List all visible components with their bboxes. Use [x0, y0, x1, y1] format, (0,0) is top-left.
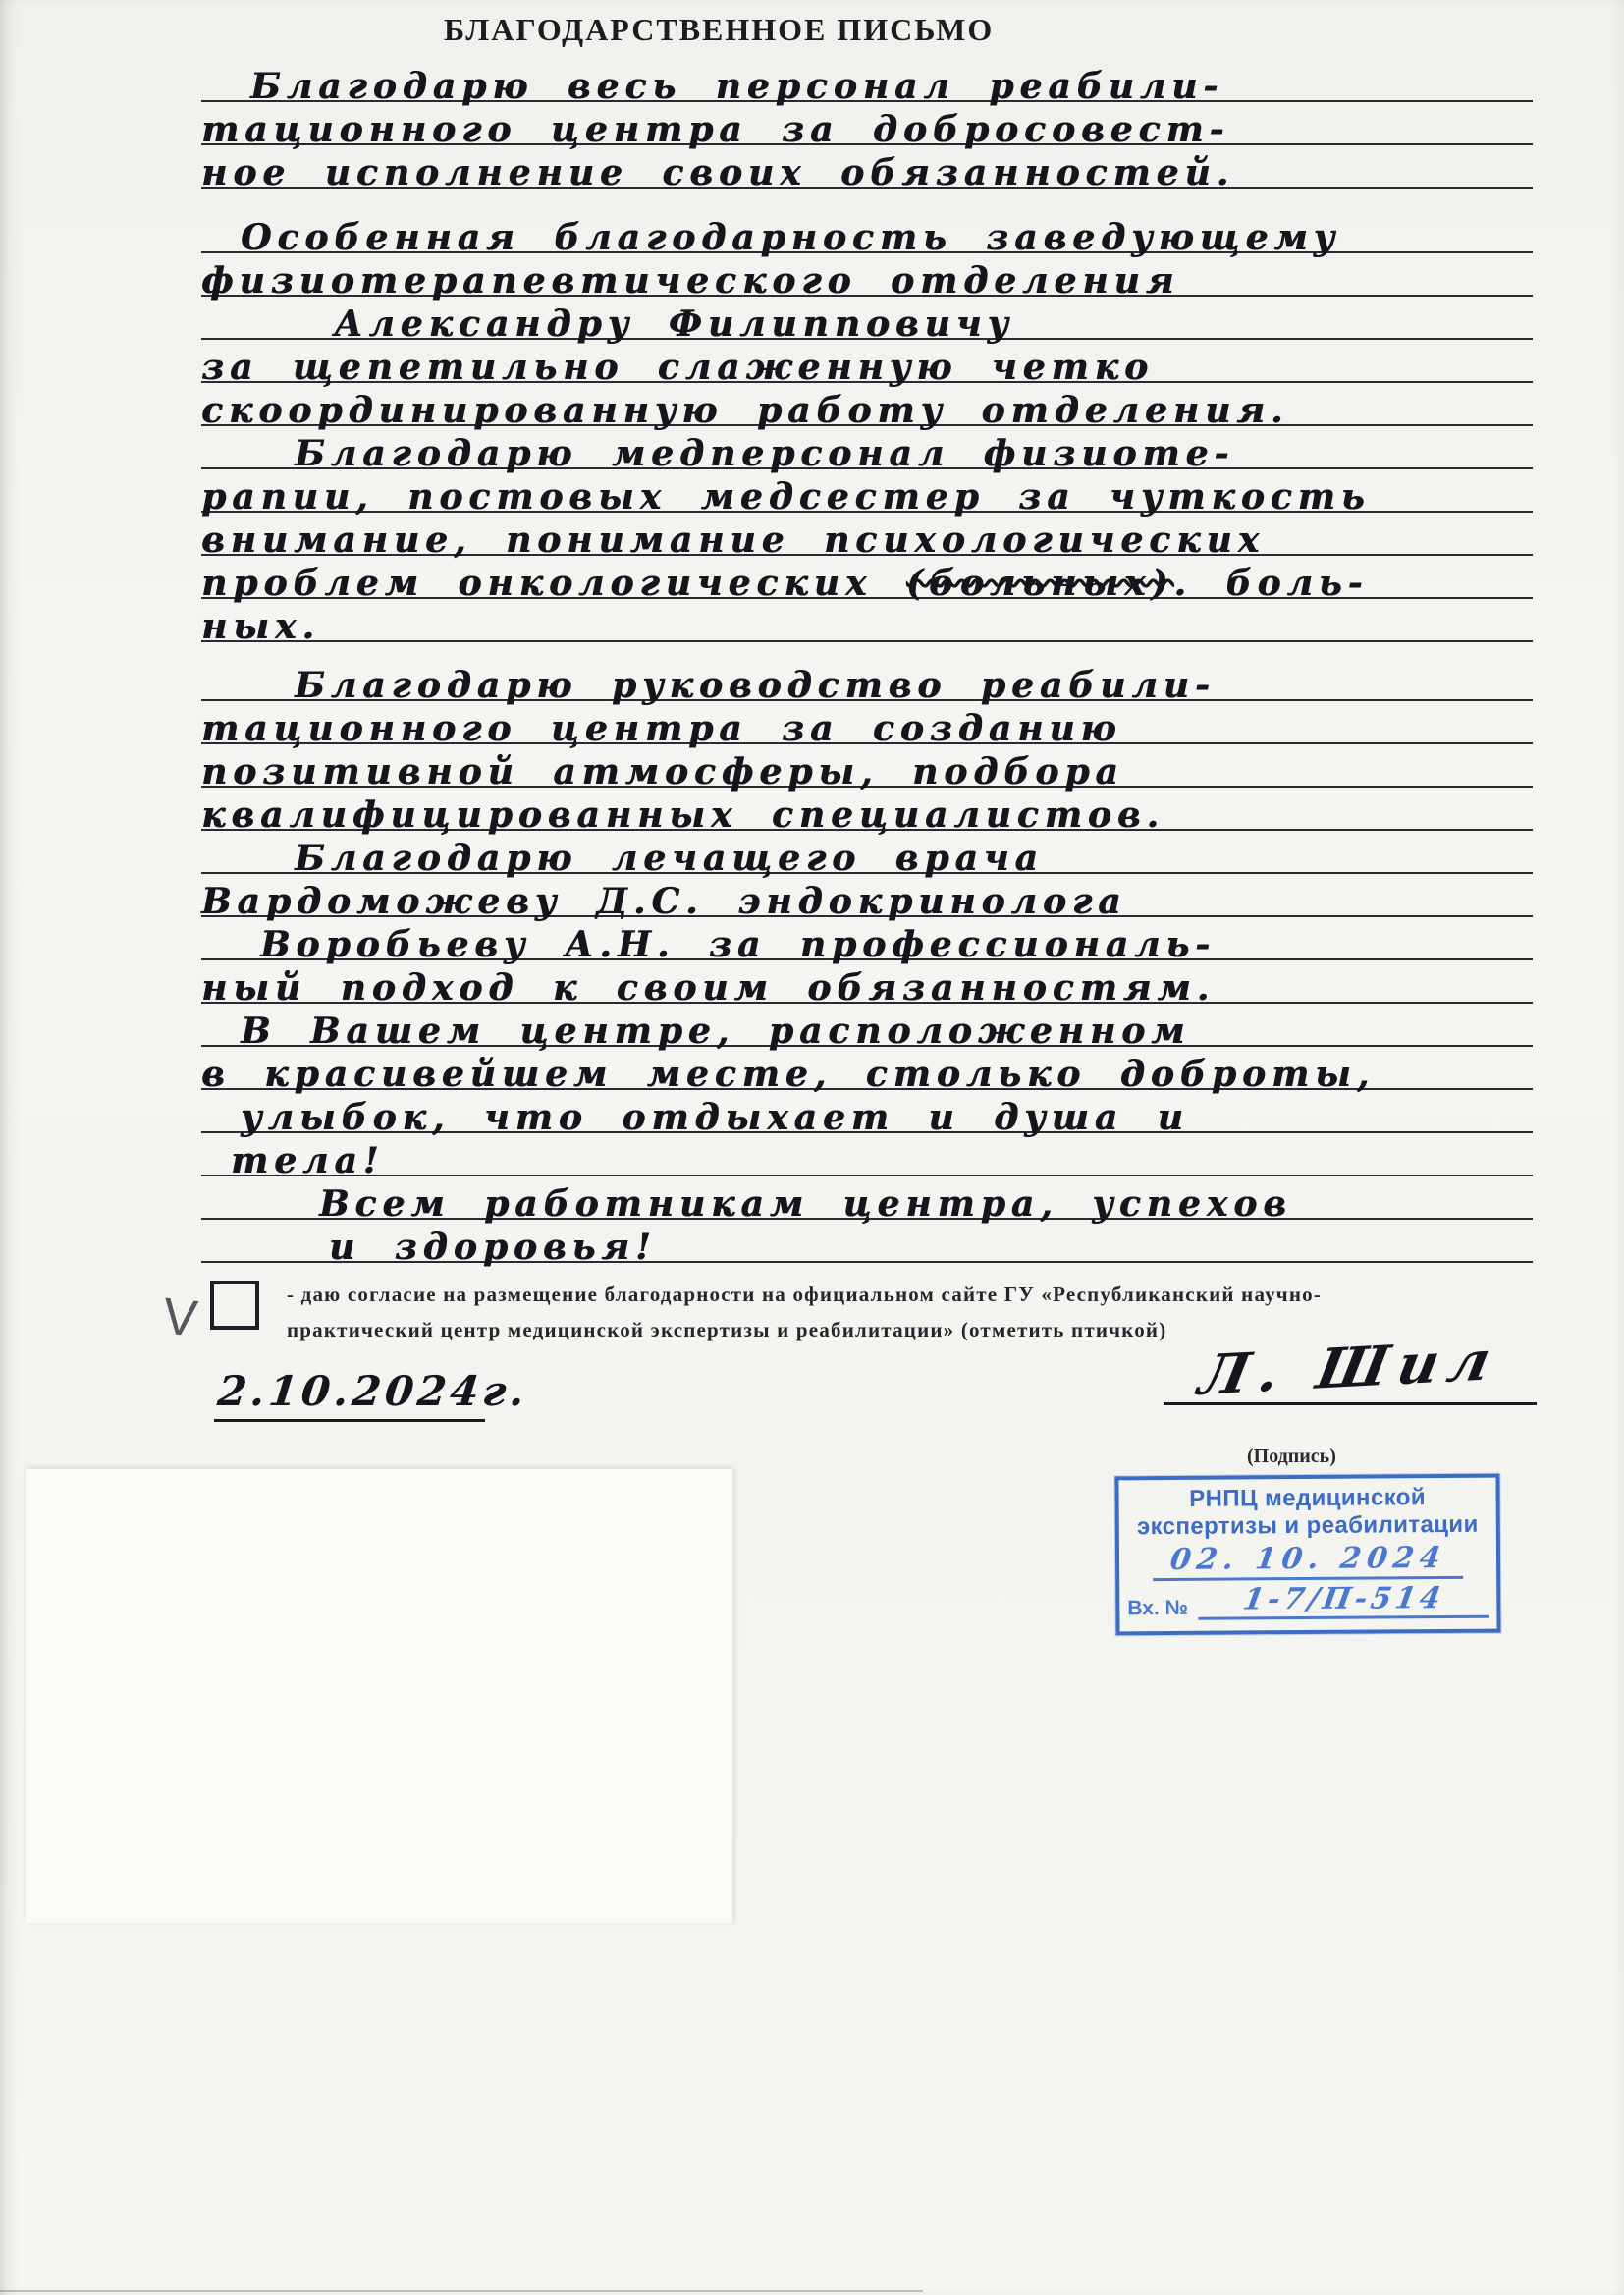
handwritten-text: тела!: [231, 1140, 384, 1181]
ruled-line: улыбок, что отдыхает и душа и: [201, 1090, 1533, 1133]
stamp-org-line2: экспертизы и реабилитации: [1127, 1511, 1489, 1542]
handwritten-segment: Благодарю медперсонал физиоте-: [295, 433, 1234, 474]
signature: Л. Шил: [1194, 1328, 1506, 1408]
ruled-line: скоординированную работу отделения.: [201, 383, 1533, 426]
handwritten-text: ных.: [201, 606, 320, 647]
handwritten-text: Вардоможеву Д.С. эндокринолога: [201, 881, 1127, 922]
handwritten-segment: улыбок, что отдыхает и душа и: [241, 1097, 1189, 1138]
letter-title: БЛАГОДАРСТВЕННОЕ ПИСЬМО: [444, 12, 994, 48]
handwritten-segment: позитивной атмосферы, подбора: [201, 751, 1124, 792]
stamp-date-value: 02. 10. 2024: [1167, 1541, 1447, 1577]
stamp-date-line: 02. 10. 2024: [1153, 1541, 1464, 1581]
consent-text-line1: - даю согласие на размещение благодарнос…: [287, 1277, 1563, 1312]
handwritten-segment: физиотерапевтического отделения: [201, 260, 1179, 301]
handwritten-segment: скоординированную работу отделения.: [201, 390, 1288, 431]
handwritten-segment: Благодарю весь персонал реабили-: [250, 66, 1223, 107]
handwritten-text: Воробьеву А.Н. за профессиональ-: [260, 924, 1216, 965]
handwritten-text: квалифицированных специалистов.: [201, 794, 1164, 836]
stamp-number-label: Вх. №: [1127, 1597, 1188, 1620]
handwritten-segment: Вардоможеву Д.С. эндокринолога: [201, 881, 1127, 922]
handwritten-segment: проблем онкологических: [201, 563, 906, 604]
handwritten-text: Благодарю руководство реабили-: [295, 665, 1216, 706]
handwritten-text: ный подход к своим обязанностям.: [201, 967, 1215, 1009]
handwritten-text: внимание, понимание психологических: [201, 519, 1265, 561]
handwritten-segment: тационного центра за добросовест-: [201, 109, 1230, 150]
handwritten-segment: за щепетильно слаженную четко: [201, 347, 1154, 388]
handwritten-segment: . боль-: [1173, 563, 1368, 604]
ruled-line: проблем онкологических (больных). боль-: [201, 556, 1533, 599]
ruled-line: квалифицированных специалистов.: [201, 788, 1533, 831]
handwritten-segment: ных.: [201, 606, 320, 647]
stamp-number-value: 1-7/П-514: [1240, 1581, 1447, 1616]
handwritten-segment: Воробьеву А.Н. за профессиональ-: [260, 924, 1216, 965]
struck-word: (больных): [906, 563, 1174, 604]
handwritten-text: и здоровья!: [329, 1227, 657, 1268]
handwritten-text: улыбок, что отдыхает и душа и: [241, 1097, 1189, 1138]
handwritten-text: скоординированную работу отделения.: [201, 390, 1288, 431]
stamp-org-line1: РНПЦ медицинской: [1127, 1484, 1489, 1514]
handwritten-segment: тела!: [231, 1140, 384, 1181]
handwritten-segment: квалифицированных специалистов.: [201, 794, 1164, 836]
stamp-number-row: Вх. № 1-7/П-514: [1127, 1581, 1489, 1621]
handwritten-text: позитивной атмосферы, подбора: [201, 751, 1124, 792]
ruled-line: в красивейшем месте, столько доброты,: [201, 1047, 1533, 1090]
handwritten-text: тационного центра за созданию: [201, 708, 1122, 749]
handwritten-body: Благодарю весь персонал реабили-тационно…: [201, 59, 1533, 1263]
handwritten-text: В Вашем центре, расположенном: [241, 1011, 1190, 1052]
ruled-line: ный подход к своим обязанностям.: [201, 960, 1533, 1004]
handwritten-text: Особенная благодарность заведующему: [241, 217, 1340, 258]
handwritten-segment: Благодарю лечащего врача: [295, 838, 1044, 879]
handwritten-segment: в красивейшем месте, столько доброты,: [201, 1054, 1375, 1095]
handwritten-segment: рапии, постовых медсестер за чуткость: [201, 476, 1371, 518]
ruled-line: тационного центра за созданию: [201, 701, 1533, 744]
handwritten-text: Благодарю медперсонал физиоте-: [295, 433, 1234, 474]
handwritten-text: в красивейшем месте, столько доброты,: [201, 1054, 1375, 1095]
ruled-line: Благодарю медперсонал физиоте-: [201, 426, 1533, 469]
ruled-line: за щепетильно слаженную четко: [201, 340, 1533, 383]
handwritten-segment: внимание, понимание психологических: [201, 519, 1265, 561]
ruled-line: физиотерапевтического отделения: [201, 253, 1533, 297]
handwritten-date-block: 2.10.2024г.: [214, 1367, 485, 1422]
ruled-line: ное исполнение своих обязанностей.: [201, 145, 1533, 189]
handwritten-text: физиотерапевтического отделения: [201, 260, 1179, 301]
signature-caption: (Подпись): [1247, 1446, 1336, 1468]
ruled-line: Особенная благодарность заведующему: [201, 210, 1533, 253]
handwritten-text: тационного центра за добросовест-: [201, 109, 1230, 150]
handwritten-text: рапии, постовых медсестер за чуткость: [201, 476, 1371, 518]
signature-block: Л. Шил: [1164, 1336, 1537, 1405]
ruled-line: рапии, постовых медсестер за чуткость: [201, 469, 1533, 513]
handwritten-segment: тационного центра за созданию: [201, 708, 1122, 749]
handwritten-text: за щепетильно слаженную четко: [201, 347, 1154, 388]
ruled-line: позитивной атмосферы, подбора: [201, 744, 1533, 788]
handwritten-segment: и здоровья!: [329, 1227, 657, 1268]
ruled-line: Всем работникам центра, успехов: [201, 1176, 1533, 1220]
ruled-line: и здоровья!: [201, 1220, 1533, 1263]
handwritten-segment: В Вашем центре, расположенном: [241, 1011, 1190, 1052]
ruled-line: Вардоможеву Д.С. эндокринолога: [201, 874, 1533, 917]
handwritten-date: 2.10.2024г.: [215, 1367, 530, 1415]
handwritten-segment: ный подход к своим обязанностям.: [201, 967, 1215, 1009]
handwritten-text: проблем онкологических (больных). боль-: [201, 563, 1369, 604]
handwritten-segment: ное исполнение своих обязанностей.: [201, 152, 1234, 193]
ruled-line: внимание, понимание психологических: [201, 513, 1533, 556]
scanned-letter-page: БЛАГОДАРСТВЕННОЕ ПИСЬМО Благодарю весь п…: [0, 0, 1624, 2295]
handwritten-text: Всем работникам центра, успехов: [319, 1183, 1292, 1225]
handwritten-segment: Всем работникам центра, успехов: [319, 1183, 1292, 1225]
ruled-line: ных.: [201, 599, 1533, 642]
overlapping-sheet: [26, 1469, 732, 1923]
ruled-line: тационного центра за добросовест-: [201, 102, 1533, 145]
handwritten-segment: Благодарю руководство реабили-: [295, 665, 1216, 706]
ruled-line: В Вашем центре, расположенном: [201, 1004, 1533, 1047]
handwritten-text: Благодарю лечащего врача: [295, 838, 1044, 879]
consent-checkbox[interactable]: [210, 1281, 259, 1330]
handwritten-text: Александру Филипповичу: [334, 303, 1014, 345]
ruled-line: Александру Филипповичу: [201, 297, 1533, 340]
registration-stamp: РНПЦ медицинской экспертизы и реабилитац…: [1114, 1474, 1500, 1636]
handwritten-text: ное исполнение своих обязанностей.: [201, 152, 1234, 193]
consent-checkmark: V: [160, 1290, 199, 1344]
ruled-line: Благодарю весь персонал реабили-: [201, 59, 1533, 102]
ruled-line: Воробьеву А.Н. за профессиональ-: [201, 917, 1533, 960]
scan-edge: [0, 2290, 923, 2292]
handwritten-segment: Александру Филипповичу: [334, 303, 1014, 345]
ruled-line: Благодарю лечащего врача: [201, 831, 1533, 874]
stamp-number-line: 1-7/П-514: [1198, 1581, 1489, 1620]
handwritten-segment: Особенная благодарность заведующему: [241, 217, 1340, 258]
ruled-line: тела!: [201, 1133, 1533, 1176]
handwritten-text: Благодарю весь персонал реабили-: [250, 66, 1223, 107]
ruled-line: Благодарю руководство реабили-: [201, 658, 1533, 701]
